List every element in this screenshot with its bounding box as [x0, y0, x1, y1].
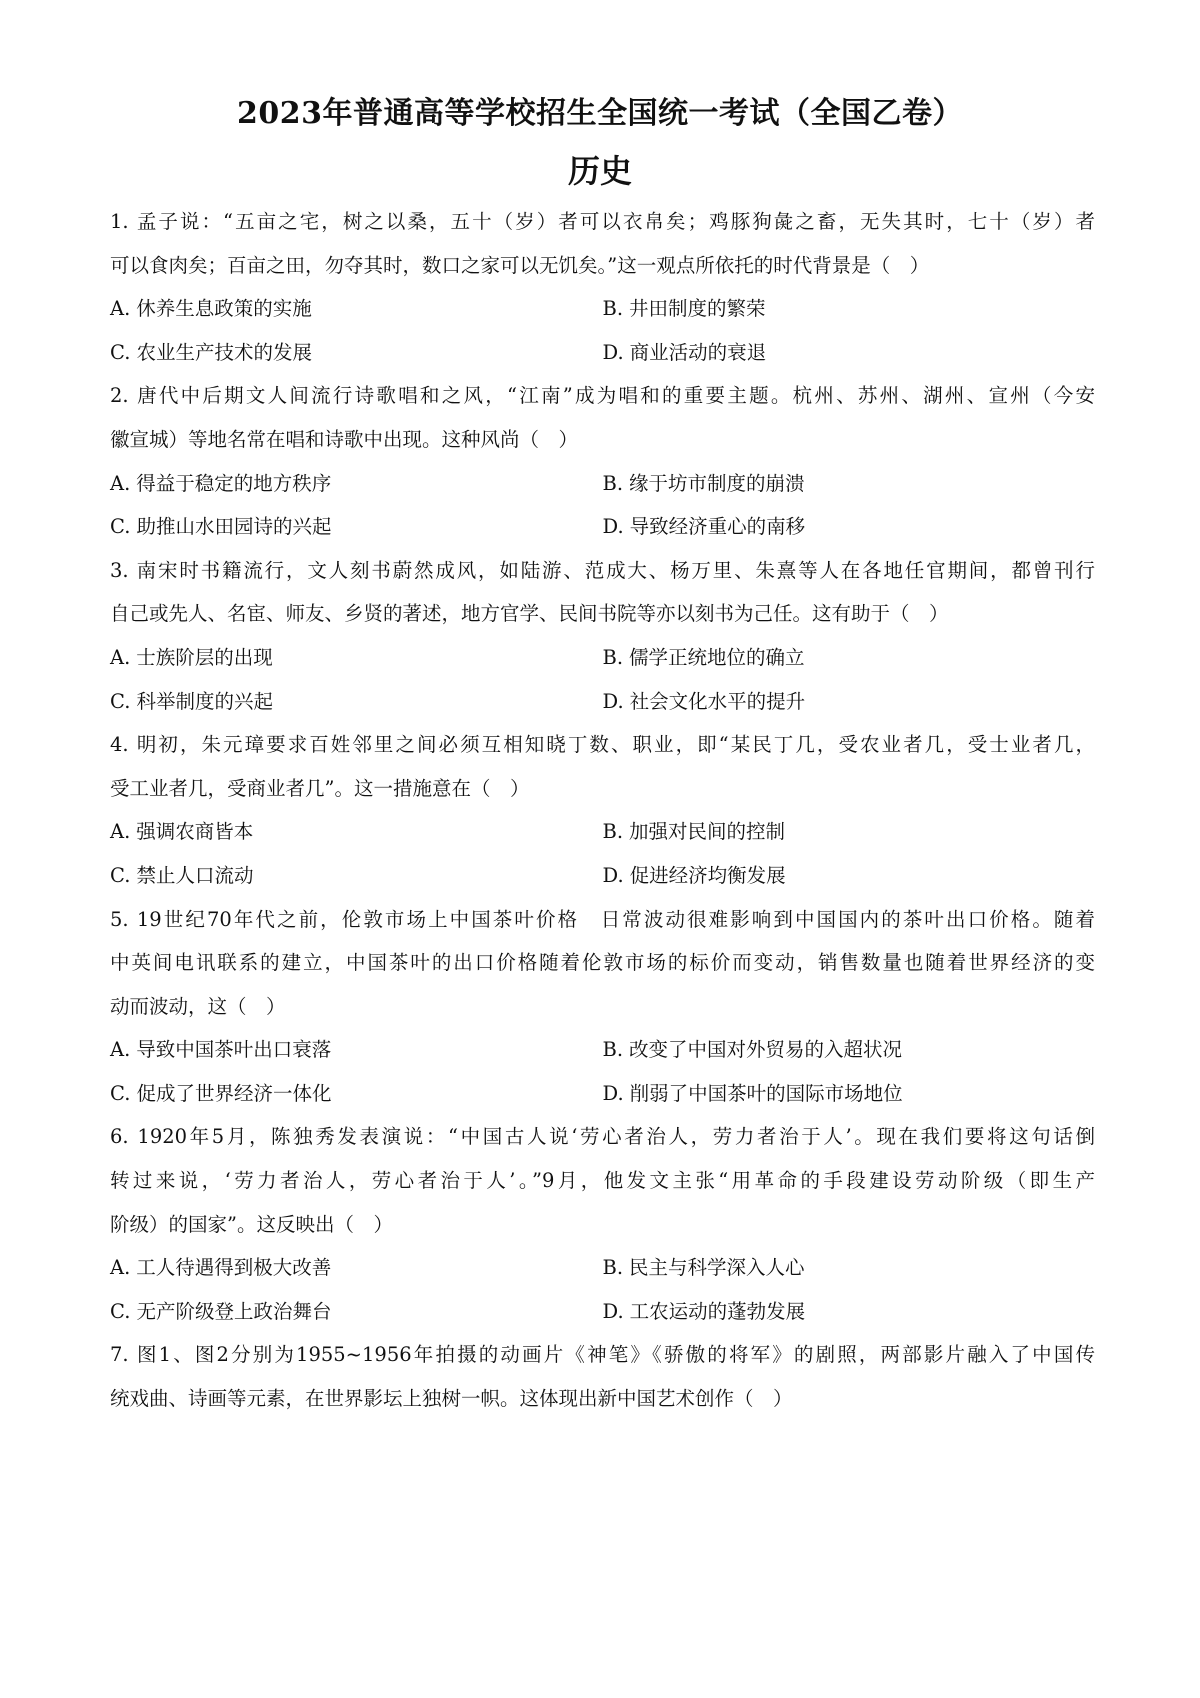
option-letter: D. — [603, 864, 624, 887]
option-text: 助推山水田园诗的兴起 — [136, 515, 331, 538]
question-stem-line: 7. 图1、图2分别为1955~1956年拍摄的动画片《神笔》《骄傲的将军》的剧… — [110, 1333, 1095, 1377]
option-text: 儒学正统地位的确立 — [629, 646, 805, 669]
option-text: 强调农商皆本 — [136, 820, 253, 843]
option-text: 削弱了中国茶叶的国际市场地位 — [630, 1082, 903, 1105]
option-letter: B. — [603, 1038, 624, 1061]
option-b: B.加强对民间的控制 — [603, 810, 1096, 854]
option-letter: A. — [110, 1038, 130, 1061]
question-6: 6. 1920年5月，陈独秀发表演说：“中国古人说‘劳心者治人，劳力者治于人’。… — [110, 1115, 1095, 1333]
option-row: C.无产阶级登上政治舞台D.工农运动的蓬勃发展 — [110, 1290, 1095, 1334]
option-text: 导致经济重心的南移 — [630, 515, 806, 538]
option-text: 工人待遇得到极大改善 — [136, 1256, 331, 1279]
option-letter: C. — [110, 1300, 130, 1323]
question-4: 4. 明初，朱元璋要求百姓邻里之间必须互相知晓丁数、职业，即“某民丁几，受农业者… — [110, 723, 1095, 897]
option-letter: B. — [603, 820, 624, 843]
option-letter: A. — [110, 297, 130, 320]
option-c: C.禁止人口流动 — [110, 854, 603, 898]
question-stem-line: 5. 19世纪70年代之前，伦敦市场上中国茶叶价格 日常波动很难影响到中国国内的… — [110, 898, 1095, 942]
question-2: 2. 唐代中后期文人间流行诗歌唱和之风，“江南”成为唱和的重要主题。杭州、苏州、… — [110, 374, 1095, 548]
option-row: C.助推山水田园诗的兴起D.导致经济重心的南移 — [110, 505, 1095, 549]
option-letter: D. — [603, 515, 624, 538]
option-text: 农业生产技术的发展 — [136, 341, 312, 364]
question-stem-line: 统戏曲、诗画等元素，在世界影坛上独树一帜。这体现出新中国艺术创作（ ） — [110, 1377, 1095, 1421]
option-letter: A. — [110, 646, 130, 669]
option-d: D.导致经济重心的南移 — [603, 505, 1096, 549]
option-letter: A. — [110, 1256, 130, 1279]
option-row: C.农业生产技术的发展D.商业活动的衰退 — [110, 331, 1095, 375]
option-text: 改变了中国对外贸易的入超状况 — [629, 1038, 902, 1061]
option-letter: C. — [110, 690, 130, 713]
question-stem-line: 徽宣城）等地名常在唱和诗歌中出现。这种风尚（ ） — [110, 418, 1095, 462]
option-row: A.休养生息政策的实施B.井田制度的繁荣 — [110, 287, 1095, 331]
option-a: A.得益于稳定的地方秩序 — [110, 462, 603, 506]
question-5: 5. 19世纪70年代之前，伦敦市场上中国茶叶价格 日常波动很难影响到中国国内的… — [110, 898, 1095, 1116]
option-d: D.削弱了中国茶叶的国际市场地位 — [603, 1072, 1096, 1116]
question-stem-line: 动而波动，这（ ） — [110, 985, 1095, 1029]
option-text: 导致中国茶叶出口衰落 — [136, 1038, 331, 1061]
option-c: C.科举制度的兴起 — [110, 680, 603, 724]
question-list: 1. 孟子说：“五亩之宅，树之以桑，五十（岁）者可以衣帛矣；鸡豚狗彘之畜，无失其… — [110, 200, 1095, 1421]
option-text: 促成了世界经济一体化 — [136, 1082, 331, 1105]
option-row: A.导致中国茶叶出口衰落B.改变了中国对外贸易的入超状况 — [110, 1028, 1095, 1072]
option-letter: D. — [603, 341, 624, 364]
option-text: 商业活动的衰退 — [630, 341, 767, 364]
option-a: A.休养生息政策的实施 — [110, 287, 603, 331]
option-letter: C. — [110, 341, 130, 364]
option-row: C.禁止人口流动D.促进经济均衡发展 — [110, 854, 1095, 898]
option-b: B.民主与科学深入人心 — [603, 1246, 1096, 1290]
option-text: 无产阶级登上政治舞台 — [136, 1300, 331, 1323]
option-text: 井田制度的繁荣 — [629, 297, 766, 320]
option-text: 缘于坊市制度的崩溃 — [629, 472, 805, 495]
option-text: 禁止人口流动 — [136, 864, 253, 887]
option-row: A.强调农商皆本B.加强对民间的控制 — [110, 810, 1095, 854]
option-d: D.工农运动的蓬勃发展 — [603, 1290, 1096, 1334]
question-3: 3. 南宋时书籍流行，文人刻书蔚然成风，如陆游、范成大、杨万里、朱熹等人在各地任… — [110, 549, 1095, 723]
option-letter: D. — [603, 690, 624, 713]
question-1: 1. 孟子说：“五亩之宅，树之以桑，五十（岁）者可以衣帛矣；鸡豚狗彘之畜，无失其… — [110, 200, 1095, 374]
option-a: A.工人待遇得到极大改善 — [110, 1246, 603, 1290]
question-stem-line: 2. 唐代中后期文人间流行诗歌唱和之风，“江南”成为唱和的重要主题。杭州、苏州、… — [110, 374, 1095, 418]
option-d: D.社会文化水平的提升 — [603, 680, 1096, 724]
option-c: C.农业生产技术的发展 — [110, 331, 603, 375]
option-letter: B. — [603, 472, 624, 495]
option-text: 加强对民间的控制 — [629, 820, 785, 843]
question-7: 7. 图1、图2分别为1955~1956年拍摄的动画片《神笔》《骄傲的将军》的剧… — [110, 1333, 1095, 1420]
option-a: A.导致中国茶叶出口衰落 — [110, 1028, 603, 1072]
option-text: 促进经济均衡发展 — [630, 864, 786, 887]
option-text: 民主与科学深入人心 — [629, 1256, 805, 1279]
option-a: A.士族阶层的出现 — [110, 636, 603, 680]
option-b: B.改变了中国对外贸易的入超状况 — [603, 1028, 1096, 1072]
option-text: 休养生息政策的实施 — [136, 297, 312, 320]
option-letter: C. — [110, 515, 130, 538]
question-stem-line: 可以食肉矣；百亩之田，勿夺其时，数口之家可以无饥矣。”这一观点所依托的时代背景是… — [110, 244, 1095, 288]
option-b: B.井田制度的繁荣 — [603, 287, 1096, 331]
option-row: A.士族阶层的出现B.儒学正统地位的确立 — [110, 636, 1095, 680]
exam-page: 2023年普通高等学校招生全国统一考试（全国乙卷） 历史 1. 孟子说：“五亩之… — [0, 0, 1200, 1698]
option-row: A.得益于稳定的地方秩序B.缘于坊市制度的崩溃 — [110, 462, 1095, 506]
question-stem-line: 转过来说，‘劳力者治人，劳心者治于人’。”9月，他发文主张“用革命的手段建设劳动… — [110, 1159, 1095, 1203]
option-row: A.工人待遇得到极大改善B.民主与科学深入人心 — [110, 1246, 1095, 1290]
option-b: B.缘于坊市制度的崩溃 — [603, 462, 1096, 506]
option-text: 社会文化水平的提升 — [630, 690, 806, 713]
question-stem-line: 4. 明初，朱元璋要求百姓邻里之间必须互相知晓丁数、职业，即“某民丁几，受农业者… — [110, 723, 1095, 767]
option-letter: D. — [603, 1300, 624, 1323]
option-c: C.无产阶级登上政治舞台 — [110, 1290, 603, 1334]
option-text: 士族阶层的出现 — [136, 646, 273, 669]
option-letter: C. — [110, 1082, 130, 1105]
option-letter: A. — [110, 820, 130, 843]
option-letter: C. — [110, 864, 130, 887]
option-row: C.科举制度的兴起D.社会文化水平的提升 — [110, 680, 1095, 724]
exam-title: 2023年普通高等学校招生全国统一考试（全国乙卷） — [0, 94, 1200, 134]
option-a: A.强调农商皆本 — [110, 810, 603, 854]
question-stem-line: 自己或先人、名宦、师友、乡贤的著述，地方官学、民间书院等亦以刻书为己任。这有助于… — [110, 592, 1095, 636]
option-letter: B. — [603, 646, 624, 669]
question-stem-line: 6. 1920年5月，陈独秀发表演说：“中国古人说‘劳心者治人，劳力者治于人’。… — [110, 1115, 1095, 1159]
question-stem-line: 中英间电讯联系的建立，中国茶叶的出口价格随着伦敦市场的标价而变动，销售数量也随着… — [110, 941, 1095, 985]
question-stem-line: 受工业者几，受商业者几”。这一措施意在（ ） — [110, 767, 1095, 811]
option-text: 科举制度的兴起 — [136, 690, 273, 713]
option-b: B.儒学正统地位的确立 — [603, 636, 1096, 680]
option-row: C.促成了世界经济一体化D.削弱了中国茶叶的国际市场地位 — [110, 1072, 1095, 1116]
option-letter: B. — [603, 297, 624, 320]
option-letter: D. — [603, 1082, 624, 1105]
question-stem-line: 1. 孟子说：“五亩之宅，树之以桑，五十（岁）者可以衣帛矣；鸡豚狗彘之畜，无失其… — [110, 200, 1095, 244]
option-text: 得益于稳定的地方秩序 — [136, 472, 331, 495]
option-c: C.助推山水田园诗的兴起 — [110, 505, 603, 549]
option-c: C.促成了世界经济一体化 — [110, 1072, 603, 1116]
option-text: 工农运动的蓬勃发展 — [630, 1300, 806, 1323]
option-d: D.商业活动的衰退 — [603, 331, 1096, 375]
option-letter: A. — [110, 472, 130, 495]
question-stem-line: 3. 南宋时书籍流行，文人刻书蔚然成风，如陆游、范成大、杨万里、朱熹等人在各地任… — [110, 549, 1095, 593]
exam-subject: 历史 — [0, 150, 1200, 192]
option-letter: B. — [603, 1256, 624, 1279]
option-d: D.促进经济均衡发展 — [603, 854, 1096, 898]
question-stem-line: 阶级）的国家”。这反映出（ ） — [110, 1203, 1095, 1247]
